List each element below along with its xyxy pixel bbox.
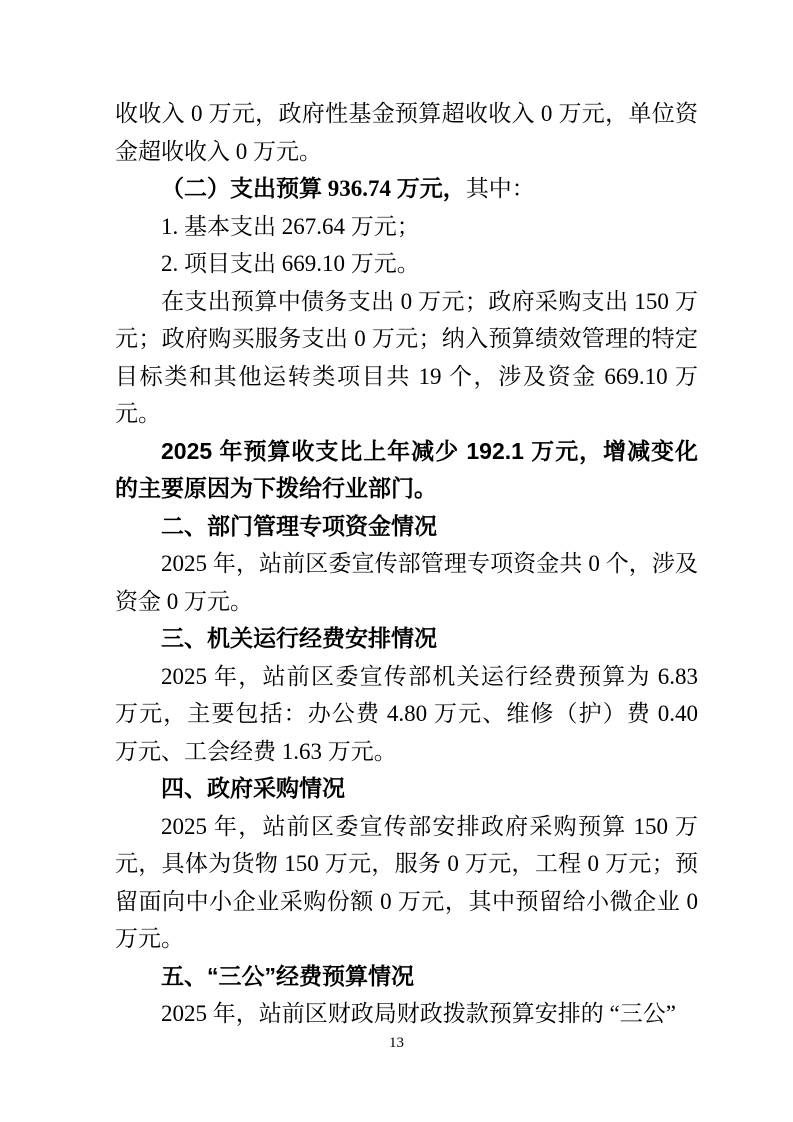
subsection-heading-lead: （二）支出预算 936.74 万元，: [161, 176, 466, 201]
paragraph-overflow-continuation: 收收入 0 万元，政府性基金预算超收收入 0 万元，单位资金超收收入 0 万元。: [115, 95, 698, 170]
paragraph-special-funds: 2025 年，站前区委宣传部管理专项资金共 0 个，涉及资金 0 万元。: [115, 545, 698, 620]
subsection-heading-expenditure: （二）支出预算 936.74 万元，其中：: [115, 170, 698, 208]
page-content: 收收入 0 万元，政府性基金预算超收收入 0 万元，单位资金超收收入 0 万元。…: [115, 95, 698, 1033]
paragraph-operating-expenses: 2025 年，站前区委宣传部机关运行经费预算为 6.83 万元，主要包括：办公费…: [115, 658, 698, 771]
list-item-project-expenditure: 2. 项目支出 669.10 万元。: [115, 245, 698, 283]
page-number: 13: [0, 1033, 793, 1053]
paragraph-yoy-change: 2025 年预算收支比上年减少 192.1 万元，增减变化的主要原因为下拨给行业…: [115, 433, 698, 508]
document-page: 收收入 0 万元，政府性基金预算超收收入 0 万元，单位资金超收收入 0 万元。…: [0, 0, 793, 1122]
section-heading-special-funds: 二、部门管理专项资金情况: [115, 508, 698, 546]
subsection-heading-rest: 其中：: [466, 176, 535, 201]
paragraph-three-public: 2025 年，站前区财政局财政拨款预算安排的 “三公”: [115, 995, 698, 1033]
paragraph-expenditure-details: 在支出预算中债务支出 0 万元；政府采购支出 150 万元；政府购买服务支出 0…: [115, 283, 698, 433]
section-heading-operating-expenses: 三、机关运行经费安排情况: [115, 620, 698, 658]
list-item-basic-expenditure: 1. 基本支出 267.64 万元；: [115, 208, 698, 246]
paragraph-procurement: 2025 年，站前区委宣传部安排政府采购预算 150 万元，具体为货物 150 …: [115, 808, 698, 958]
section-heading-procurement: 四、政府采购情况: [115, 770, 698, 808]
section-heading-three-public: 五、“三公”经费预算情况: [115, 958, 698, 996]
